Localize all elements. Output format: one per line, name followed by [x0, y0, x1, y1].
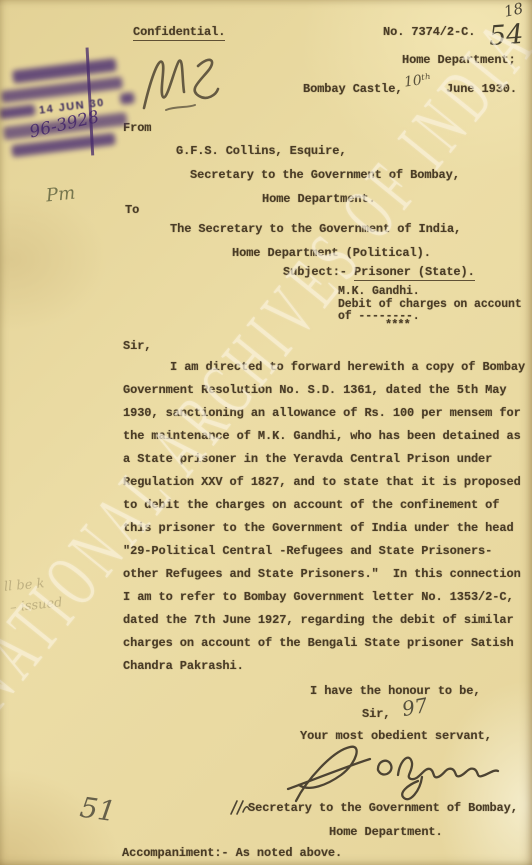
body-line: other Refugees and State Prisoners." In …: [123, 563, 523, 586]
stamp-smudge-bar: [120, 92, 135, 105]
stamp-smudge-bar: [0, 104, 36, 119]
from-line: Secretary to the Government of Bombay,: [190, 168, 460, 182]
body-line: Government Resolution No. S.D. 1361, dat…: [123, 379, 523, 402]
closing-line: I have the honour to be,: [310, 684, 480, 698]
department-line: Home Department;: [402, 53, 516, 67]
pencil-page-number: 54: [488, 19, 524, 52]
body-line: I am directed to forward herewith a copy…: [123, 356, 523, 379]
letter-body: I am directed to forward herewith a copy…: [123, 356, 523, 678]
from-line: G.F.S. Collins, Esquire,: [176, 144, 346, 158]
received-stamp: 14 JUN 30 96-3928: [0, 56, 146, 176]
to-line: Home Department (Political).: [232, 246, 431, 260]
initials-scribble: [138, 50, 228, 122]
place-line: Bombay Castle,: [303, 82, 402, 96]
date-line: June 1930.: [446, 82, 517, 96]
for-mark: [228, 799, 250, 817]
closing-sir: Sir,: [362, 707, 390, 721]
body-line: to debit the charges on account of the c…: [123, 494, 523, 517]
asterisk-separator: ****: [385, 318, 410, 332]
body-line: the maintenance of M.K. Gandhi, who has …: [123, 425, 523, 448]
pencil-pm-note: Pm: [45, 183, 76, 207]
handwritten-day: 10ᵗʰ: [403, 71, 432, 90]
body-line: "29-Political Central -Refugees and Stat…: [123, 540, 523, 563]
pencil-97-note: 97: [400, 693, 429, 721]
pencil-51-note: 51: [78, 791, 118, 829]
classification-label: Confidential.: [133, 25, 225, 41]
accompaniment-line: Accompaniment:- As noted above.: [122, 846, 342, 860]
to-line: The Secretary to the Government of India…: [170, 222, 461, 236]
to-label: To: [125, 203, 139, 217]
salutation: Sir,: [123, 339, 151, 353]
body-line: 1930, sanctioning an allowance of Rs. 10…: [123, 402, 523, 425]
body-line: dated the 7th June 1927, regarding the d…: [123, 609, 523, 632]
scanned-letter-page: Confidential. No. 7374/2-C. Home Departm…: [0, 0, 532, 865]
body-line: Chandra Pakrashi.: [123, 655, 523, 678]
letter-number: No. 7374/2-C.: [383, 25, 475, 39]
pencil-page-number-top: 18: [502, 0, 524, 21]
margin-pencil-note: ll be k: [3, 576, 45, 594]
body-line: this prisoner to the Government of India…: [123, 517, 523, 540]
subject-detail-line: M.K. Gandhi.: [338, 285, 420, 298]
body-line: a State prisoner in the Yeravda Central …: [123, 448, 523, 471]
margin-pencil-note: – issued: [9, 595, 63, 615]
body-line: I am to refer to Bombay Government lette…: [123, 586, 523, 609]
subject-text: Prisoner (State).: [354, 265, 475, 281]
from-line: Home Department.: [262, 192, 376, 206]
body-line: charges on account of the Bengali State …: [123, 632, 523, 655]
subject-line: Subject:- Prisoner (State).: [283, 265, 475, 279]
signoff-line: Home Department.: [329, 825, 443, 839]
body-line: Regulation XXV of 1827, and to state tha…: [123, 471, 523, 494]
subject-label: Subject:-: [283, 265, 354, 279]
signoff-line: Secretary to the Government of Bombay,: [248, 801, 518, 815]
